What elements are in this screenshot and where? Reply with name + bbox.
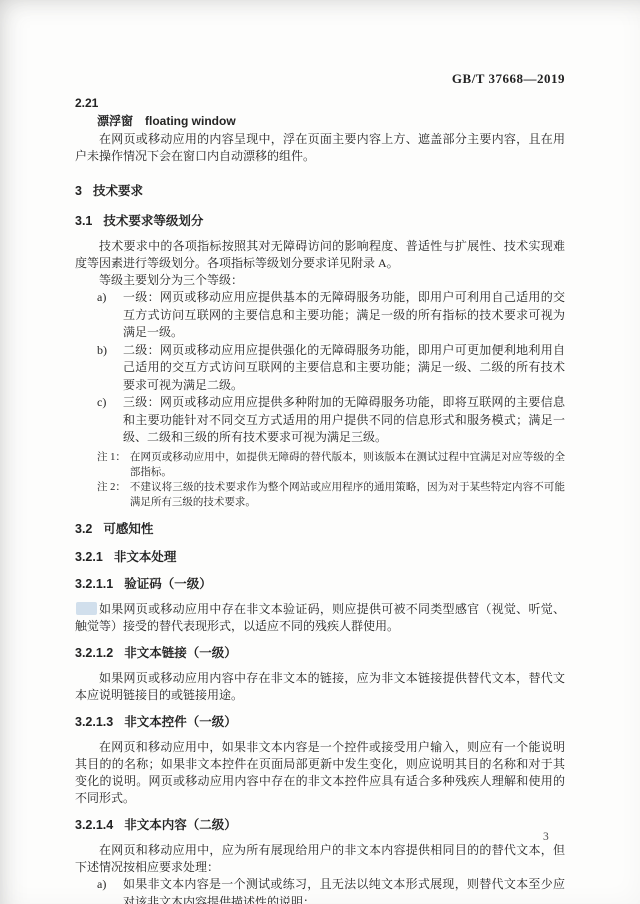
clause-title: 非文本控件（一级） (124, 715, 237, 729)
document-page: GB/T 37668—2019 2.21 漂浮窗floating window … (0, 0, 640, 904)
exception-list: a) 如果非文本内容是一个测试或练习，且无法以纯文本形式展现，则替代文本至少应对… (75, 876, 565, 904)
section-number: 3.2 (75, 522, 92, 536)
clause-number: 3.2.1.4 (75, 818, 113, 832)
note-text: 不建议将三级的技术要求作为整个网站或应用程序的通用策略，因为对于某些特定内容不可… (130, 480, 565, 510)
paragraph: 技术要求中的各项指标按照其对无障碍访问的影响程度、普适性与扩展性、技术实现难度等… (75, 238, 565, 272)
notes-block: 注 1： 在网页或移动应用中，如提供无障碍的替代版本，则该版本在测试过程中宜满足… (75, 450, 565, 511)
section-number: 3.2.1 (75, 550, 103, 564)
term-title-zh: 漂浮窗 (97, 114, 133, 128)
list-item: b) 二级：网页或移动应用应提供强化的无障碍服务功能，即用户可更加便利地利用自己… (97, 342, 565, 395)
section-title: 可感知性 (103, 522, 153, 536)
chapter-title: 技术要求 (93, 184, 143, 198)
section-title: 技术要求等级划分 (103, 214, 203, 228)
chapter-number: 3 (75, 184, 82, 198)
paragraph: 如果网页或移动应用中存在非文本验证码，则应提供可被不同类型感官（视觉、听觉、触觉… (75, 601, 565, 635)
page-number: 3 (543, 829, 549, 846)
chapter-heading: 3技术要求 (75, 183, 565, 200)
clause-title: 非文本内容（二级） (124, 818, 237, 832)
list-item: a) 如果非文本内容是一个测试或练习，且无法以纯文本形式展现，则替代文本至少应对… (97, 876, 565, 904)
term-title-en: floating window (145, 114, 236, 128)
term-definition: 在网页或移动应用的内容呈现中，浮在页面主要内容上方、遮盖部分主要内容，且在用户未… (75, 131, 565, 165)
section-title: 非文本处理 (114, 550, 177, 564)
note: 注 2： 不建议将三级的技术要求作为整个网站或应用程序的通用策略，因为对于某些特… (97, 480, 565, 510)
clause-number: 3.2.1.1 (75, 577, 113, 591)
clause-heading-3-2-1-2: 3.2.1.2非文本链接（一级） (75, 645, 565, 662)
clause-heading-3-2-1-3: 3.2.1.3非文本控件（一级） (75, 714, 565, 731)
paragraph: 等级主要划分为三个等级： (75, 272, 565, 289)
clause-heading-3-2-1-4: 3.2.1.4非文本内容（二级） (75, 817, 565, 834)
term-number: 2.21 (75, 95, 565, 112)
paragraph: 在网页和移动应用中，应为所有展现给用户的非文本内容提供相同目的的替代文本，但下述… (75, 842, 565, 876)
clause-title: 非文本链接（一级） (124, 646, 237, 660)
list-item-text: 二级：网页或移动应用应提供强化的无障碍服务功能，即用户可更加便利地利用自己适用的… (123, 342, 565, 395)
clause-title: 验证码（一级） (124, 577, 212, 591)
note-text: 在网页或移动应用中，如提供无障碍的替代版本，则该版本在测试过程中宜满足对应等级的… (130, 450, 565, 480)
list-item-label: c) (97, 394, 123, 447)
clause-number: 3.2.1.3 (75, 715, 113, 729)
section-number: 3.1 (75, 214, 92, 228)
section-heading-3-2-1: 3.2.1非文本处理 (75, 549, 565, 566)
note-label: 注 1： (97, 450, 126, 480)
list-item-label: a) (97, 876, 123, 904)
level-list: a) 一级：网页或移动应用应提供基本的无障碍服务功能，即用户可利用自己适用的交互… (75, 289, 565, 447)
clause-body: 如果网页或移动应用中存在非文本验证码，则应提供可被不同类型感官（视觉、听觉、触觉… (75, 601, 565, 635)
list-item-label: a) (97, 289, 123, 342)
clause-number: 3.2.1.2 (75, 646, 113, 660)
paragraph: 在网页和移动应用中，如果非文本内容是一个控件或接受用户输入，则应有一个能说明其目… (75, 739, 565, 807)
list-item-label: b) (97, 342, 123, 395)
list-item-text: 一级：网页或移动应用应提供基本的无障碍服务功能，即用户可利用自己适用的交互方式访… (123, 289, 565, 342)
watermark-highlight-mark (76, 602, 97, 615)
section-heading-3-1: 3.1技术要求等级划分 (75, 213, 565, 230)
section-heading-3-2: 3.2可感知性 (75, 521, 565, 538)
clause-heading-3-2-1-1: 3.2.1.1验证码（一级） (75, 576, 565, 593)
standard-number-header: GB/T 37668—2019 (75, 70, 565, 87)
paragraph: 如果网页或移动应用内容中存在非文本的链接，应为非文本链接提供替代文本，替代文本应… (75, 670, 565, 704)
list-item-text: 如果非文本内容是一个测试或练习，且无法以纯文本形式展现，则替代文本至少应对该非文… (123, 876, 565, 904)
list-item-text: 三级：网页或移动应用应提供多种附加的无障碍服务功能，即将互联网的主要信息和主要功… (123, 394, 565, 447)
term-title: 漂浮窗floating window (97, 113, 565, 130)
note-label: 注 2： (97, 480, 126, 510)
list-item: c) 三级：网页或移动应用应提供多种附加的无障碍服务功能，即将互联网的主要信息和… (97, 394, 565, 447)
note: 注 1： 在网页或移动应用中，如提供无障碍的替代版本，则该版本在测试过程中宜满足… (97, 450, 565, 480)
list-item: a) 一级：网页或移动应用应提供基本的无障碍服务功能，即用户可利用自己适用的交互… (97, 289, 565, 342)
